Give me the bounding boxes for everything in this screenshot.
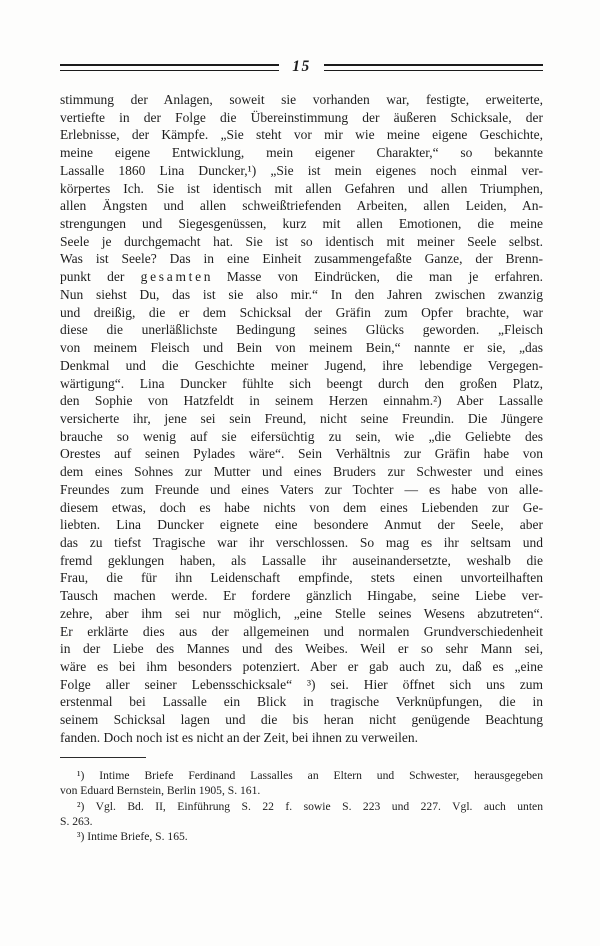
body-text-line: fremd geklungen haben, als Lassalle ihr …	[60, 552, 543, 570]
body-text-line: wäre es bei ihm besonders potenziert. Ab…	[60, 658, 543, 676]
body-text-line: diesem etwas, doch es habe nichts von de…	[60, 499, 543, 517]
body-text-line: stimmung der Anlagen, soweit sie vorhand…	[60, 91, 543, 109]
body-text-line: punkt der g e s a m t e n Masse von Eind…	[60, 268, 543, 286]
body-text-line: vertiefte in der Folge die Übereinstimmu…	[60, 109, 543, 127]
body-text-line: seinem Schicksal lagen und die bis heran…	[60, 711, 543, 729]
footnote-line: ²) Vgl. Bd. II, Einführung S. 22 f. sowi…	[60, 799, 543, 814]
body-text-line: Erlebnisse, der Kämpfe. „Sie steht vor m…	[60, 126, 543, 144]
body-text-line: dem eines Sohnes zur Mutter und eines Br…	[60, 463, 543, 481]
body-text-line: strengungen und Siegesgenüssen, kurz mit…	[60, 215, 543, 233]
footnote-line: von Eduard Bernstein, Berlin 1905, S. 16…	[60, 783, 543, 798]
body-text-line: zehre, aber ihm sei nur möglich, „eine S…	[60, 605, 543, 623]
body-text-line: Lassalle 1860 Lina Duncker,¹) „Sie ist m…	[60, 162, 543, 180]
footnote-line: ¹) Intime Briefe Ferdinand Lassalles an …	[60, 768, 543, 783]
footnote-line: S. 263.	[60, 814, 543, 829]
body-text-line: das zu tiefst Tragische war ihr verschlo…	[60, 534, 543, 552]
body-text-line: Seele je durchgemacht hat. Sie ist so id…	[60, 233, 543, 251]
body-text-line: in der Liebe des Mannes und des Weibes. …	[60, 640, 543, 658]
footnotes-block: ¹) Intime Briefe Ferdinand Lassalles an …	[60, 768, 543, 844]
body-text-line: Frau, die für ihn Leidenschaft empfinde,…	[60, 569, 543, 587]
body-text-line: versicherte ihr, jene sei sein Freund, n…	[60, 410, 543, 428]
body-text-line: Er erklärte dies aus der allgemeinen und…	[60, 623, 543, 641]
body-text-line: Nun siehst Du, das ist sie also mir.“ In…	[60, 286, 543, 304]
header-rule-left	[60, 64, 279, 71]
footnote-separator	[60, 757, 146, 758]
page-number: 15	[279, 59, 324, 75]
body-text-line: Was ist Seele? Das in eine Einheit zusam…	[60, 250, 543, 268]
body-text-line: erstenmal bei Lassalle ein Blick in trag…	[60, 693, 543, 711]
body-text-line: diese die unerläßlichste Bedingung seine…	[60, 321, 543, 339]
body-text-line: körpertes Ich. Sie ist identisch mit all…	[60, 180, 543, 198]
body-text-line: Denkmal und die Geschichte meiner Jugend…	[60, 357, 543, 375]
body-text-line: wärtigung“. Lina Duncker fühlte sich bee…	[60, 375, 543, 393]
header-rule-right	[324, 64, 543, 71]
footnote-line: ³) Intime Briefe, S. 165.	[60, 829, 543, 844]
body-text-line: Orestes auf seinen Pylades wäre“. Sein V…	[60, 445, 543, 463]
body-text-line: Freundes zum Freunde und eines Vaters zu…	[60, 481, 543, 499]
body-text-line: meine eigene Entwicklung, mein eigener C…	[60, 144, 543, 162]
book-page: 15 stimmung der Anlagen, soweit sie vorh…	[0, 0, 600, 946]
body-text-line: Folge aller seiner Lebensschicksale“ ³) …	[60, 676, 543, 694]
body-text-line: von meinem Fleisch und Bein von meinem B…	[60, 339, 543, 357]
body-text-line: Tausch machen werde. Er fordere gänzlich…	[60, 587, 543, 605]
body-text-line: liebten. Lina Duncker eignete eine beson…	[60, 516, 543, 534]
running-header: 15	[60, 60, 543, 76]
body-text-line: fanden. Doch noch ist es nicht an der Ze…	[60, 729, 543, 747]
body-text-line: und dreißig, die er dem Schicksal der Gr…	[60, 304, 543, 322]
body-text-line: allen Ängsten und allen schweißtriefende…	[60, 197, 543, 215]
body-text-line: brauche so wenig auf sie eifersüchtig zu…	[60, 428, 543, 446]
body-text-line: den Sophie von Hatzfeldt in seinem Herze…	[60, 392, 543, 410]
body-text-block: stimmung der Anlagen, soweit sie vorhand…	[60, 91, 543, 747]
